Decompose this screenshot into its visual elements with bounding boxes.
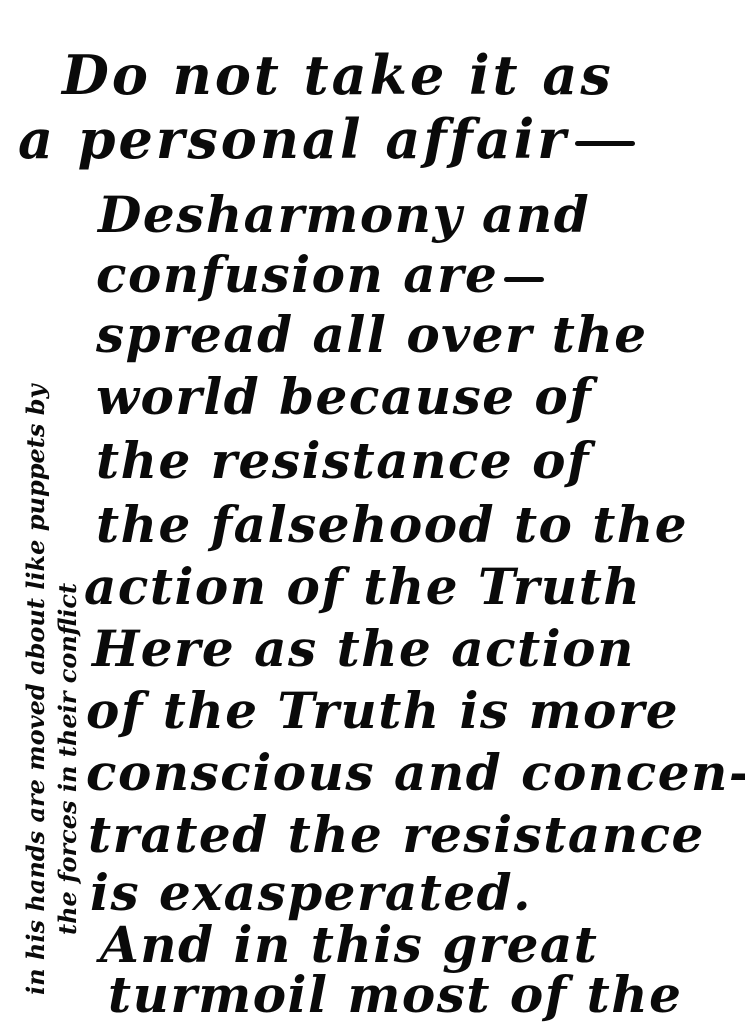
- body-line-2: confusion are: [96, 250, 544, 300]
- body-line-4: world because of: [96, 372, 592, 422]
- body-line-6: the falsehood to the: [96, 500, 688, 550]
- trailing-dash: [504, 277, 544, 282]
- body-line-5: the resistance of: [96, 436, 590, 486]
- body-line-11: trated the resistance: [88, 810, 705, 860]
- body-line-3: spread all over the: [96, 310, 648, 360]
- body-line-10: conscious and concen-: [86, 748, 745, 798]
- body-line-2-text: confusion are: [96, 245, 498, 304]
- margin-note-line-1: in his hands are moved about like puppet…: [20, 235, 52, 995]
- manuscript-page: Do not take it as a personal affair Desh…: [0, 0, 745, 1027]
- body-line-1: Desharmony and: [98, 190, 590, 240]
- heading-line-2: a personal affair: [18, 112, 635, 166]
- margin-note-line-2: the forces in their conflict: [52, 235, 84, 995]
- body-line-12: is exasperated.: [90, 868, 532, 918]
- body-line-9: of the Truth is more: [86, 686, 679, 736]
- heading-line-2-text: a personal affair: [18, 107, 569, 171]
- body-line-8: Here as the action: [92, 624, 635, 674]
- body-line-13: And in this great: [100, 920, 598, 970]
- body-line-7: action of the Truth: [84, 562, 641, 612]
- body-line-14: turmoil most of the: [108, 970, 682, 1020]
- heading-line-1: Do not take it as: [62, 48, 614, 102]
- trailing-dash: [575, 141, 635, 146]
- margin-note: in his hands are moved about like puppet…: [20, 235, 84, 995]
